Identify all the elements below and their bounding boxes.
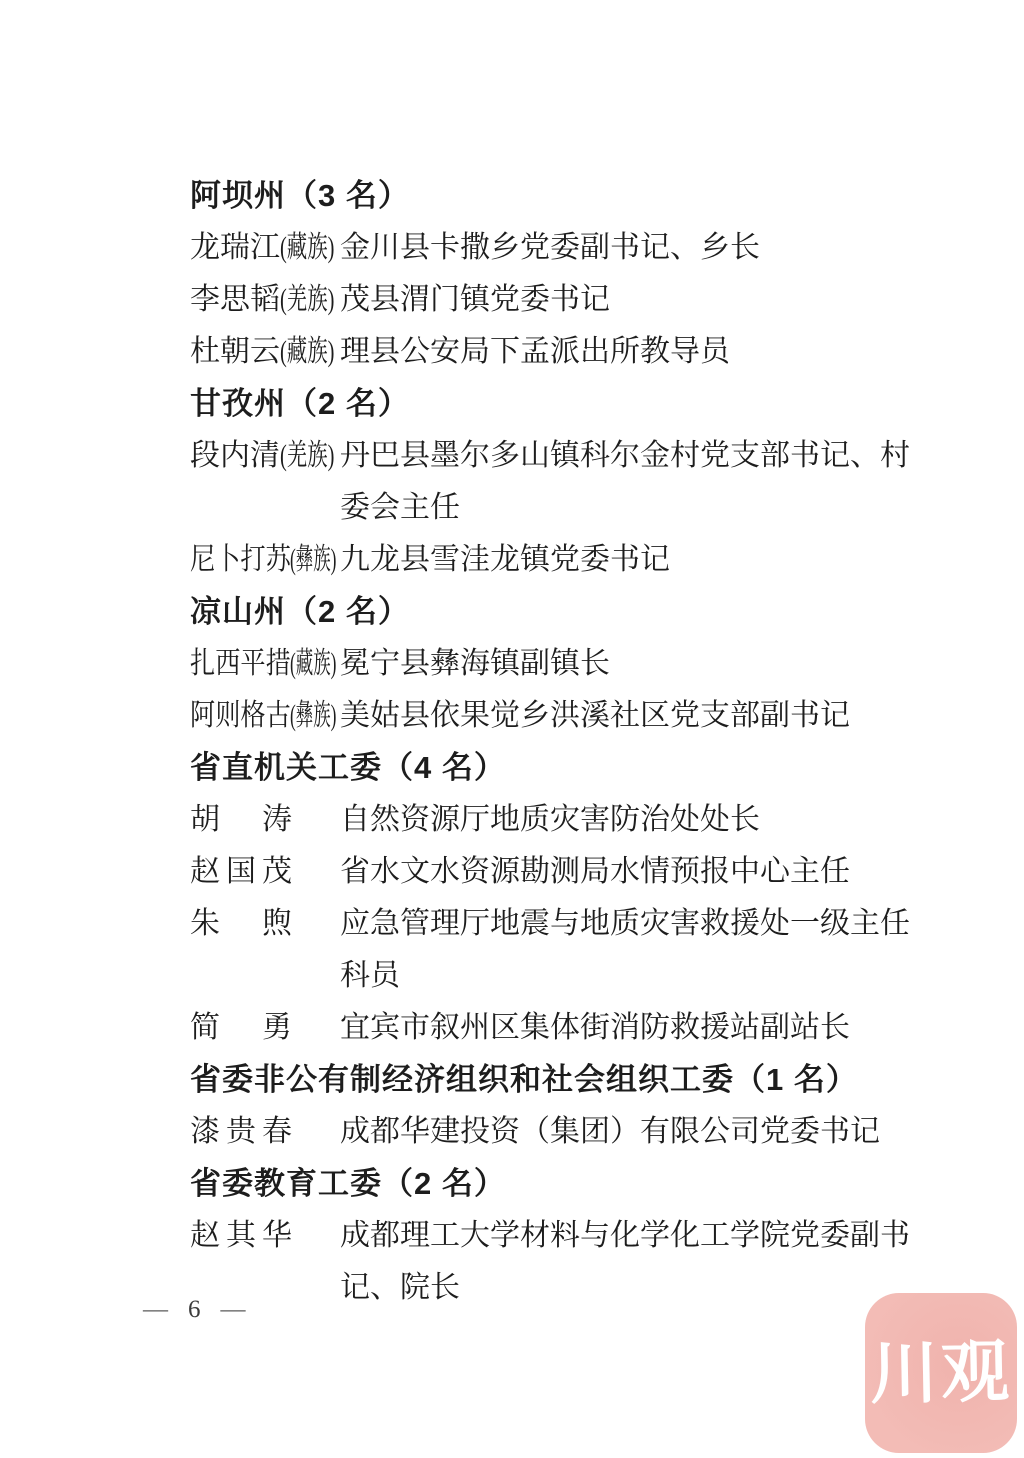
person-name: 漆贵春 bbox=[190, 1106, 340, 1158]
person-row: 赵其华成都理工大学材料与化学化工学院党委副书记、院长 bbox=[190, 1210, 918, 1314]
person-ethnicity: (藏族) bbox=[280, 326, 321, 378]
section-heading: 省委非公有制经济组织和社会组织工委（1 名） bbox=[190, 1054, 918, 1106]
person-title: 金川县卡撒乡党委副书记、乡长 bbox=[340, 231, 760, 264]
person-name: 阿则格古 bbox=[190, 690, 274, 742]
section: 省委教育工委（2 名）赵其华成都理工大学材料与化学化工学院党委副书记、院长 bbox=[190, 1158, 918, 1314]
watermark-text: 川观 bbox=[869, 1317, 1013, 1416]
person-row: 赵国茂省水文水资源勘测局水情预报中心主任 bbox=[190, 846, 918, 898]
section: 甘孜州（2 名）段内清(羌族)丹巴县墨尔多山镇科尔金村党支部书记、村委会主任尼卜… bbox=[190, 378, 918, 586]
section-heading: 阿坝州（3 名） bbox=[190, 170, 918, 222]
page-number-dash-left: — bbox=[143, 1296, 168, 1324]
person-title: 成都华建投资（集团）有限公司党委书记 bbox=[340, 1115, 880, 1148]
section: 阿坝州（3 名）龙瑞江(藏族)金川县卡撒乡党委副书记、乡长李思韬(羌族)茂县渭门… bbox=[190, 170, 918, 378]
section: 凉山州（2 名）扎西平措(藏族)冕宁县彝海镇副镇长阿则格古(彝族)美姑县依果觉乡… bbox=[190, 586, 918, 742]
section-heading: 凉山州（2 名） bbox=[190, 586, 918, 638]
person-name: 赵其华 bbox=[190, 1210, 340, 1262]
person-title: 省水文水资源勘测局水情预报中心主任 bbox=[340, 855, 850, 888]
person-name: 李思韬 bbox=[190, 283, 280, 316]
person-ethnicity: (羌族) bbox=[280, 274, 321, 326]
person-ethnicity: (羌族) bbox=[280, 430, 321, 482]
person-title: 应急管理厅地震与地质灾害救援处一级主任科员 bbox=[340, 907, 910, 992]
person-row: 简 勇宜宾市叙州区集体街消防救援站副站长 bbox=[190, 1002, 918, 1054]
person-title: 成都理工大学材料与化学化工学院党委副书记、院长 bbox=[340, 1219, 910, 1304]
page-number-dash-right: — bbox=[221, 1296, 246, 1324]
person-title: 理县公安局下孟派出所教导员 bbox=[340, 335, 730, 368]
person-ethnicity: (彝族) bbox=[290, 534, 319, 586]
person-row: 朱 煦应急管理厅地震与地质灾害救援处一级主任科员 bbox=[190, 898, 918, 1002]
person-name: 朱 煦 bbox=[190, 898, 340, 950]
watermark-badge: 川观 bbox=[865, 1293, 1017, 1453]
person-title: 自然资源厅地质灾害防治处处长 bbox=[340, 803, 760, 836]
person-title: 宜宾市叙州区集体街消防救援站副站长 bbox=[340, 1011, 850, 1044]
person-ethnicity: (彝族) bbox=[290, 690, 319, 742]
person-name: 段内清 bbox=[190, 439, 280, 472]
section-heading: 甘孜州（2 名） bbox=[190, 378, 918, 430]
person-name: 扎西平措 bbox=[190, 638, 274, 690]
person-row: 漆贵春成都华建投资（集团）有限公司党委书记 bbox=[190, 1106, 918, 1158]
section: 省直机关工委（4 名）胡 涛自然资源厅地质灾害防治处处长赵国茂省水文水资源勘测局… bbox=[190, 742, 918, 1054]
person-name: 胡 涛 bbox=[190, 794, 340, 846]
section: 省委非公有制经济组织和社会组织工委（1 名）漆贵春成都华建投资（集团）有限公司党… bbox=[190, 1054, 918, 1158]
person-row: 李思韬(羌族)茂县渭门镇党委书记 bbox=[190, 274, 918, 326]
person-row: 扎西平措(藏族)冕宁县彝海镇副镇长 bbox=[190, 638, 918, 690]
person-name: 赵国茂 bbox=[190, 846, 340, 898]
page-number-value: 6 bbox=[188, 1296, 201, 1324]
person-name: 简 勇 bbox=[190, 1002, 340, 1054]
person-ethnicity: (藏族) bbox=[290, 638, 319, 690]
document-page: { "page": { "background_color": "#ffffff… bbox=[0, 0, 1024, 1458]
page-number: —6— bbox=[143, 1296, 246, 1324]
section-heading: 省直机关工委（4 名） bbox=[190, 742, 918, 794]
person-title: 茂县渭门镇党委书记 bbox=[340, 283, 610, 316]
person-title: 九龙县雪洼龙镇党委书记 bbox=[340, 543, 670, 576]
person-name: 龙瑞江 bbox=[190, 231, 280, 264]
person-title: 美姑县依果觉乡洪溪社区党支部副书记 bbox=[340, 699, 850, 732]
person-row: 阿则格古(彝族)美姑县依果觉乡洪溪社区党支部副书记 bbox=[190, 690, 918, 742]
person-name: 尼卜打苏 bbox=[190, 534, 274, 586]
person-row: 段内清(羌族)丹巴县墨尔多山镇科尔金村党支部书记、村委会主任 bbox=[190, 430, 918, 534]
person-name: 杜朝云 bbox=[190, 335, 280, 368]
person-row: 尼卜打苏(彝族)九龙县雪洼龙镇党委书记 bbox=[190, 534, 918, 586]
person-title: 丹巴县墨尔多山镇科尔金村党支部书记、村委会主任 bbox=[340, 439, 910, 524]
content-area: 阿坝州（3 名）龙瑞江(藏族)金川县卡撒乡党委副书记、乡长李思韬(羌族)茂县渭门… bbox=[190, 0, 918, 1314]
person-title: 冕宁县彝海镇副镇长 bbox=[340, 647, 610, 680]
person-ethnicity: (藏族) bbox=[280, 222, 321, 274]
section-heading: 省委教育工委（2 名） bbox=[190, 1158, 918, 1210]
person-row: 龙瑞江(藏族)金川县卡撒乡党委副书记、乡长 bbox=[190, 222, 918, 274]
person-row: 杜朝云(藏族)理县公安局下孟派出所教导员 bbox=[190, 326, 918, 378]
person-row: 胡 涛自然资源厅地质灾害防治处处长 bbox=[190, 794, 918, 846]
